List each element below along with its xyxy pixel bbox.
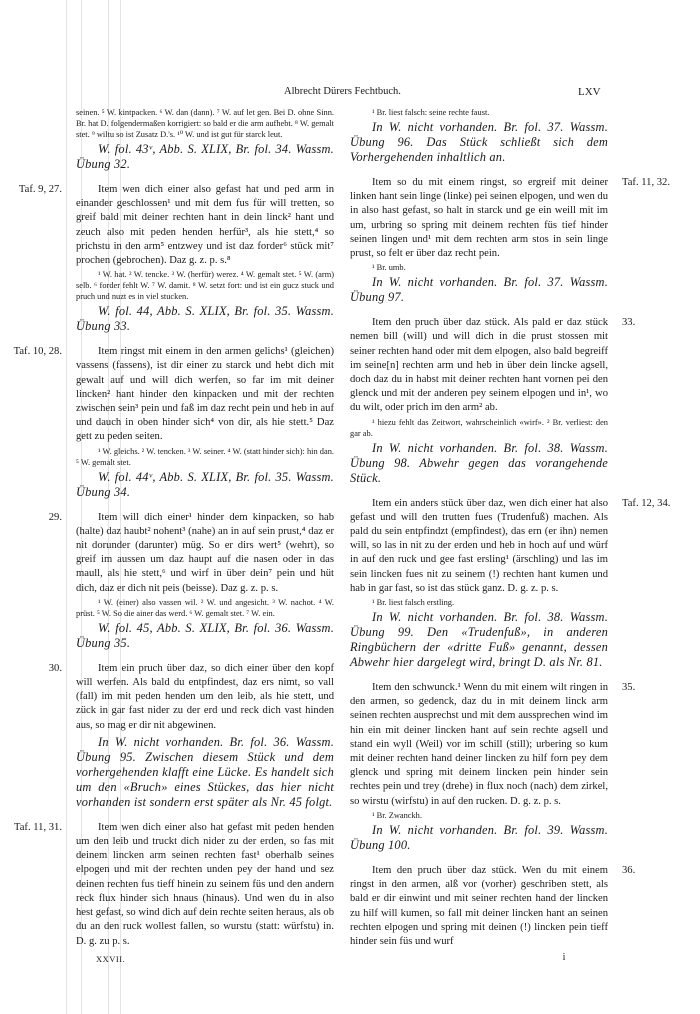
source-reference: In W. nicht vorhanden. Br. fol. 38. Wass… (350, 610, 608, 670)
body-paragraph: Item ringst mit einem in den armen gelic… (76, 345, 334, 444)
source-reference: In W. nicht vorhanden. Br. fol. 37. Wass… (350, 275, 608, 305)
footnotes: ¹ W. hat. ² W. tencke. ³ W. (herfür) wer… (76, 269, 334, 302)
running-header: Albrecht Dürers Fechtbuch. LXV (0, 86, 700, 102)
scan-artifact (66, 0, 67, 1014)
body-paragraph: Item den pruch über daz stück. Als pald … (350, 316, 608, 415)
margin-label: 35. (622, 681, 635, 695)
section-block: 30.Item ein pruch über daz, so dich eine… (76, 662, 334, 810)
body-paragraph: Item wen dich einer also hat gefast mit … (76, 821, 334, 949)
body-paragraph: Item den pruch über daz stück. Wen du mi… (350, 864, 608, 949)
section-block: 36.Item den pruch über daz stück. Wen du… (350, 864, 608, 949)
signature-mark: i (350, 951, 608, 965)
body-paragraph: Item ein pruch über daz, so dich einer ü… (76, 662, 334, 733)
section-block: 33.Item den pruch über daz stück. Als pa… (350, 316, 608, 485)
source-reference: In W. nicht vorhanden. Br. fol. 36. Wass… (76, 735, 334, 810)
section-block: ¹ Br. liest falsch: seine rechte faust.I… (350, 107, 608, 165)
section-block: seinen. ⁵ W. kintpacken. ⁶ W. dan (dann)… (76, 107, 334, 172)
section-block: 35.Item den schwunck.¹ Wenn du mit einem… (350, 681, 608, 853)
footnotes: ¹ Br. Zwanckh. (350, 810, 608, 821)
footnotes: ¹ Br. liest falsch: seine rechte faust. (350, 107, 608, 118)
footnotes: ¹ W. gleichs. ² W. tencken. ³ W. seiner.… (76, 446, 334, 468)
margin-label: Taf. 12, 34. (622, 497, 670, 511)
footnotes: seinen. ⁵ W. kintpacken. ⁶ W. dan (dann)… (76, 107, 334, 140)
section-block: Taf. 11, 32.Item so du mit einem ringst,… (350, 176, 608, 305)
right-column: ¹ Br. liest falsch: seine rechte faust.I… (350, 106, 608, 965)
source-reference: In W. nicht vorhanden. Br. fol. 38. Wass… (350, 441, 608, 486)
body-paragraph: Item ein anders stück über daz, wen dich… (350, 497, 608, 596)
running-title: Albrecht Dürers Fechtbuch. (284, 86, 401, 97)
margin-label: Taf. 11, 31. (14, 821, 62, 835)
body-paragraph: Item den schwunck.¹ Wenn du mit einem wi… (350, 681, 608, 809)
footnotes: ¹ hiezu fehlt das Zeitwort, wahrscheinli… (350, 417, 608, 439)
footnotes: ¹ W. (einer) also vassen wil. ² W. und a… (76, 597, 334, 619)
source-reference: In W. nicht vorhanden. Br. fol. 39. Wass… (350, 823, 608, 853)
footnotes: ¹ Br. umb. (350, 262, 608, 273)
source-reference: W. fol. 45, Abb. S. XLIX, Br. fol. 36. W… (76, 621, 334, 651)
margin-label: Taf. 11, 32. (622, 176, 670, 190)
section-block: Taf. 10, 28.Item ringst mit einem in den… (76, 345, 334, 499)
source-reference: W. fol. 44ᵛ, Abb. S. XLIX, Br. fol. 35. … (76, 470, 334, 500)
section-block: 29.Item will dich einer¹ hinder dem kinp… (76, 511, 334, 651)
source-reference: In W. nicht vorhanden. Br. fol. 37. Wass… (350, 120, 608, 165)
body-paragraph: Item wen dich einer also gefast hat und … (76, 183, 334, 268)
section-block: Taf. 9, 27.Item wen dich einer also gefa… (76, 183, 334, 334)
margin-label: 33. (622, 316, 635, 330)
source-reference: W. fol. 44, Abb. S. XLIX, Br. fol. 35. W… (76, 304, 334, 334)
left-column: seinen. ⁵ W. kintpacken. ⁶ W. dan (dann)… (76, 106, 334, 966)
section-block: Taf. 11, 31.Item wen dich einer also hat… (76, 821, 334, 949)
margin-label: 29. (49, 511, 62, 525)
body-paragraph: Item will dich einer¹ hinder dem kinpack… (76, 511, 334, 596)
footnotes: ¹ Br. liest falsch erstling. (350, 597, 608, 608)
margin-label: 30. (49, 662, 62, 676)
source-reference: W. fol. 43ᵛ, Abb. S. XLIX, Br. fol. 34. … (76, 142, 334, 172)
margin-label: 36. (622, 864, 635, 878)
page-number: LXV (578, 86, 601, 98)
signature-mark: XXVII. (96, 952, 334, 966)
margin-label: Taf. 10, 28. (14, 345, 62, 359)
margin-label: Taf. 9, 27. (19, 183, 62, 197)
body-paragraph: Item so du mit einem ringst, so ergreif … (350, 176, 608, 261)
section-block: Taf. 12, 34.Item ein anders stück über d… (350, 497, 608, 670)
